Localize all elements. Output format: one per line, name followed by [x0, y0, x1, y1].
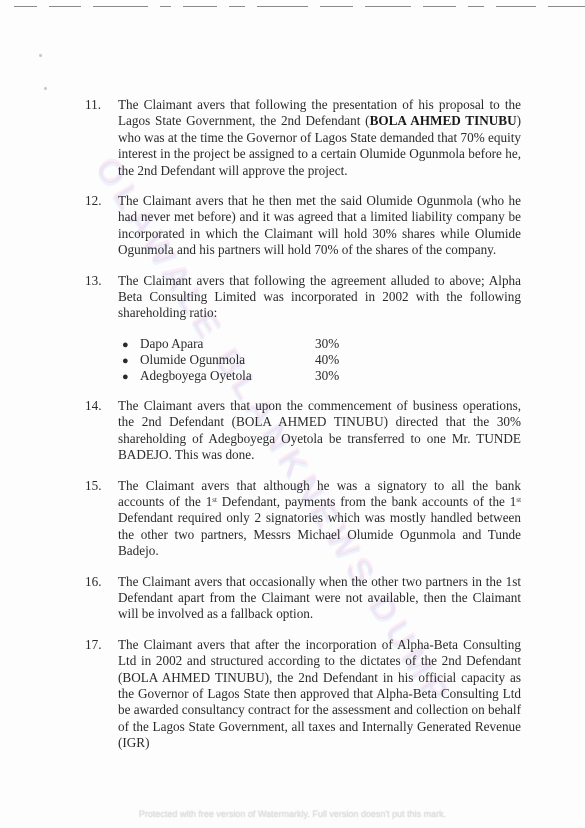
shareholder-percent: 30% — [315, 336, 339, 352]
paragraph-14: 14. The Claimant avers that upon the com… — [85, 398, 521, 464]
paragraph-text: The Claimant avers that he then met the … — [118, 193, 521, 259]
scan-speck — [39, 54, 42, 57]
shareholder-name: Dapo Apara — [140, 336, 315, 352]
bullet-icon: ● — [122, 353, 140, 369]
bullet-icon: ● — [122, 337, 140, 353]
paragraph-number: 15. — [85, 478, 118, 560]
paragraph-number: 11. — [85, 97, 118, 179]
paragraph-17: 17. The Claimant avers that after the in… — [85, 637, 521, 752]
shareholder-item: ● Dapo Apara 30% — [122, 336, 521, 352]
watermarkly-footer-notice: Protected with free version of Watermark… — [0, 809, 585, 819]
paragraph-text: The Claimant avers that upon the commenc… — [118, 398, 521, 464]
paragraph-11: 11. The Claimant avers that following th… — [85, 97, 521, 179]
shareholder-name: Olumide Ogunmola — [140, 352, 315, 368]
paragraph-text: The Claimant avers that after the incorp… — [118, 637, 521, 752]
paragraph-number: 17. — [85, 637, 118, 752]
paragraph-number: 16. — [85, 574, 118, 623]
shareholder-name: Adegboyega Oyetola — [140, 368, 315, 384]
paragraph-12: 12. The Claimant avers that he then met … — [85, 193, 521, 259]
paragraph-text: The Claimant avers that following the ag… — [118, 273, 521, 384]
scan-speck — [44, 87, 47, 90]
shareholder-item: ● Adegboyega Oyetola 30% — [122, 368, 521, 384]
shareholder-percent: 40% — [315, 352, 339, 368]
paragraph-text: The Claimant avers that although he was … — [118, 478, 521, 560]
paragraph-number: 14. — [85, 398, 118, 464]
paragraph-13: 13. The Claimant avers that following th… — [85, 273, 521, 384]
paragraph-text: The Claimant avers that occasionally whe… — [118, 574, 521, 623]
paragraph-number: 13. — [85, 273, 118, 384]
paragraph-16: 16. The Claimant avers that occasionally… — [85, 574, 521, 623]
defendant-name-bold: BOLA AHMED TINUBU — [370, 113, 517, 128]
document-body: 11. The Claimant avers that following th… — [85, 97, 521, 766]
paragraph-text: The Claimant avers that following the pr… — [118, 97, 521, 179]
shareholding-list: ● Dapo Apara 30% ● Olumide Ogunmola 40% … — [118, 336, 521, 384]
shareholder-item: ● Olumide Ogunmola 40% — [122, 352, 521, 368]
document-page: OLAWALE BLANKNEWS DUMP 11. The Claimant … — [0, 0, 585, 828]
scan-top-edge-rule — [14, 4, 585, 12]
paragraph-15: 15. The Claimant avers that although he … — [85, 478, 521, 560]
paragraph-number: 12. — [85, 193, 118, 259]
shareholder-percent: 30% — [315, 368, 339, 384]
bullet-icon: ● — [122, 369, 140, 385]
